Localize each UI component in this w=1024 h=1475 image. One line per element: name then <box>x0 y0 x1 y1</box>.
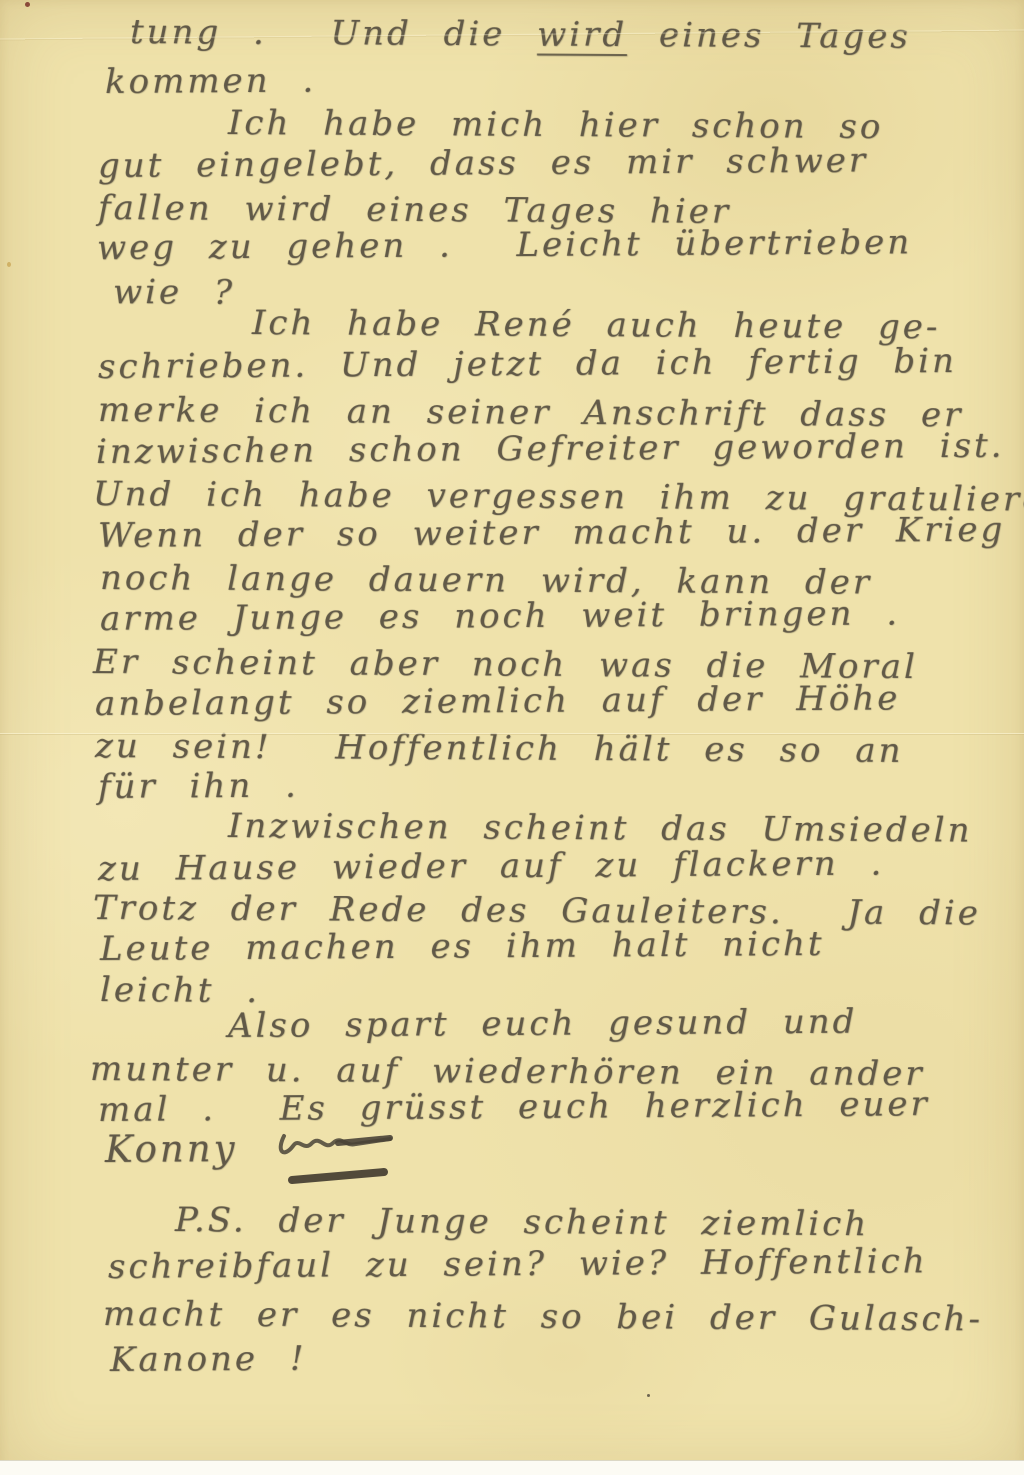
handwriting-line: Leute machen es ihm halt nicht <box>100 924 825 969</box>
handwriting-line: zu sein! Hoffentlich hält es so an <box>95 726 904 771</box>
handwriting-line: Wenn der so weiter macht u. der Krieg <box>98 510 1006 556</box>
handwriting-line: Also spart euch gesund und <box>228 1002 858 1046</box>
paper-speck <box>25 2 30 7</box>
signature-flourish <box>268 1128 408 1200</box>
signature-name: Konny <box>105 1127 238 1171</box>
handwriting-line: schreibfaul zu sein? wie? Hoffentlich <box>108 1241 928 1287</box>
handwriting-line: leicht . <box>100 970 260 1011</box>
handwriting-line: zu Hause wieder auf zu flackern . <box>98 844 885 889</box>
line-text: tung . Und die <box>130 12 537 54</box>
line-text: eines Tages <box>627 15 911 57</box>
handwriting-line: macht er es nicht so bei der Gulasch- <box>103 1294 983 1339</box>
handwriting-line: wie ? <box>113 272 235 313</box>
paper-speck <box>647 1394 650 1397</box>
handwriting-line: Kanone ! <box>110 1339 307 1380</box>
handwriting-line: inzwischen schon Gefreiter geworden ist. <box>96 426 1005 472</box>
handwriting-line: tung . Und die wird eines Tages <box>130 12 911 57</box>
handwriting-line: weg zu gehen . Leicht übertrieben <box>97 222 912 268</box>
scan-edge-strip <box>0 1460 1024 1475</box>
handwriting-line: Ich habe René auch heute ge- <box>252 303 941 347</box>
handwriting-line: mal . Es grüsst euch herzlich euer <box>98 1084 930 1130</box>
underlined-word: wird <box>537 14 627 55</box>
letter-page: tung . Und die wird eines Tages kommen .… <box>0 0 1024 1475</box>
handwriting-line: gut eingelebt, dass es mir schwer <box>98 141 868 186</box>
paper-speck <box>7 262 11 267</box>
handwriting-line: anbelangt so ziemlich auf der Höhe <box>95 678 901 724</box>
handwriting-line: für ihn . <box>98 766 299 807</box>
handwriting-line: kommen . <box>105 61 316 102</box>
handwriting-line: P.S. der Junge scheint ziemlich <box>175 1200 869 1244</box>
handwriting-line: schrieben. Und jetzt da ich fertig bin <box>98 341 957 387</box>
handwriting-line: arme Junge es noch weit bringen . <box>100 593 900 639</box>
